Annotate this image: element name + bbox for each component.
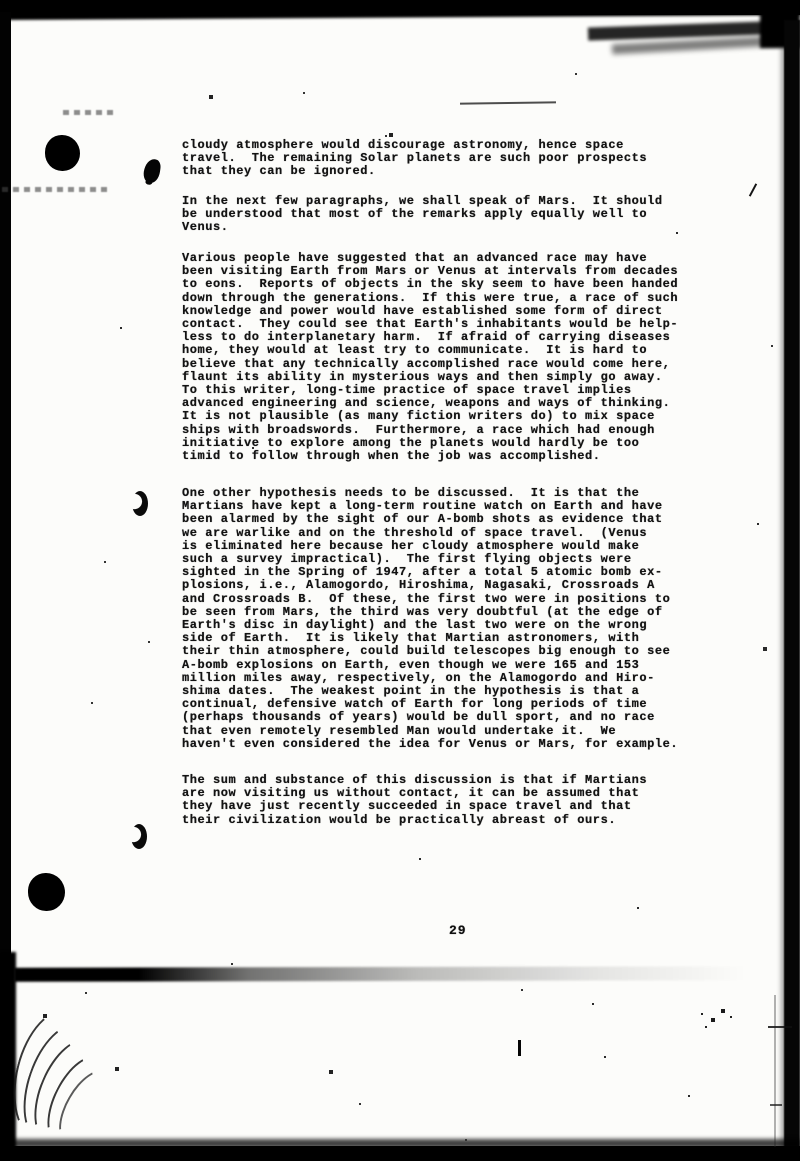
paragraph-one-other-hypothesis: One other hypothesis needs to be discuss… <box>182 487 678 751</box>
paragraph-various-people: Various people have suggested that an ad… <box>182 252 678 463</box>
paragraph-cloudy-atmosphere: cloudy atmosphere would discourage astro… <box>182 139 647 179</box>
hole-punch-mark-top <box>45 135 80 171</box>
scanner-noise-specks <box>0 0 2 2</box>
paragraph-sum-and-substance: The sum and substance of this discussion… <box>182 774 647 827</box>
margin-smudge-2 <box>2 187 110 192</box>
faint-vertical-line-right <box>774 995 776 1147</box>
crescent-ink-mark-middle <box>132 491 148 516</box>
scan-border-bottom <box>0 1146 800 1161</box>
hole-punch-mark-bottom <box>28 873 65 911</box>
scan-border-right <box>784 20 800 1161</box>
right-edge-tick-2 <box>770 1104 782 1106</box>
thin-scratch-line-top <box>460 101 556 104</box>
scan-border-bottom-rough-edge <box>0 1139 800 1148</box>
vertical-ink-tick <box>518 1040 521 1056</box>
page-number: 29 <box>449 923 467 938</box>
right-edge-tick-1 <box>768 1026 792 1028</box>
ink-blob-top-margin <box>142 158 161 184</box>
paragraph-next-few-paragraphs: In the next few paragraphs, we shall spe… <box>182 195 663 235</box>
page-edge-shadow-streak <box>14 966 746 982</box>
stray-pen-slash <box>749 183 757 196</box>
crescent-ink-mark-lower <box>131 824 147 849</box>
scan-border-left-bottom <box>0 952 16 1161</box>
scanned-document-page: cloudy atmosphere would discourage astro… <box>0 0 800 1161</box>
margin-smudge-1 <box>63 110 118 115</box>
